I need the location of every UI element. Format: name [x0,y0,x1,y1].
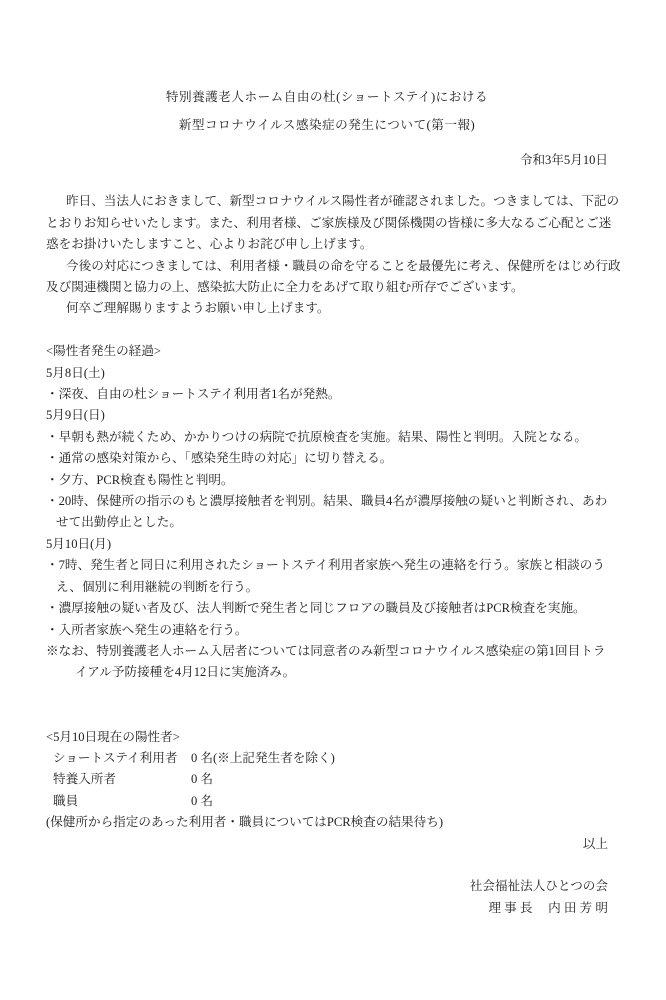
signature-organization: 社会福祉法人ひとつの会 [46,876,608,897]
document-title-line-1: 特別養護老人ホーム自由の杜(ショートステイ)における [46,83,608,111]
closing-mark: 以上 [46,834,608,855]
status-row: 職員 0 名 [46,791,608,812]
timeline-section-heading: <陽性者発生の経過> [46,341,608,362]
timeline-entry-continuation: せて出勤停止とした。 [46,512,608,533]
status-row: 特養入所者 0 名 [46,769,608,790]
status-row-label: ショートステイ利用者 [46,748,191,769]
document-date: 令和3年5月10日 [46,150,608,171]
timeline-entry: ・濃厚接触の疑い者及び、法人判断で発生者と同じフロアの職員及び接触者はPCR検査… [46,598,608,619]
timeline-entry: ・夕方、PCR検査も陽性と判明。 [46,470,608,491]
intro-line: 昨日、当法人におきまして、新型コロナウイルス陽性者が確認されました。つきましては… [46,191,608,212]
timeline-note: ※なお、特別養護老人ホーム入居者については同意者のみ新型コロナウイルス感染症の第… [46,641,608,662]
document-title-line-2: 新型コロナウイルス感染症の発生について(第一報) [46,111,608,139]
timeline-entry: ・早朝も熱が続くため、かかりつけの病院で抗原検査を実施。結果、陽性と判明。入院と… [46,427,608,448]
timeline-date-line: 5月8日(土) [46,363,608,384]
timeline-date-line: 5月10日(月) [46,534,608,555]
timeline-entry: ・20時、保健所の指示のもと濃厚接触者を判別。結果、職員4名が濃厚接触の疑いと判… [46,491,608,512]
document-page: 特別養護老人ホーム自由の杜(ショートステイ)における 新型コロナウイルス感染症の… [0,0,666,1000]
timeline-entry: ・入所者家族へ発生の連絡を行う。 [46,620,608,641]
timeline-entry-continuation: え、個別に利用継続の判断を行う。 [46,577,608,598]
signature-name: 理 事 長 内 田 芳 明 [46,898,608,919]
status-row-label: 特養入所者 [46,769,191,790]
status-row-value: 0 名(※上記発生者を除く) [191,748,335,769]
intro-line: 惑をお掛けいたしますこと、心よりお詫び申し上げます。 [46,234,608,255]
timeline-entry: ・通常の感染対策から、「感染発生時の対応」に切り替える。 [46,448,608,469]
document-body: 昨日、当法人におきまして、新型コロナウイルス陽性者が確認されました。つきましては… [46,191,608,919]
intro-line: 何卒ご理解賜りますようお願い申し上げます。 [46,298,608,319]
status-note: (保健所から指定のあった利用者・職員についてはPCR検査の結果待ち) [46,812,608,833]
intro-line: 今後の対応につきましては、利用者様・職員の命を守ることを最優先に考え、保健所をは… [46,256,608,277]
timeline-entry: ・深夜、自由の杜ショートステイ利用者1名が発熱。 [46,384,608,405]
timeline-note-continuation: イアル予防接種を4月12日に実施済み。 [46,662,608,683]
status-row-label: 職員 [46,791,191,812]
status-row-value: 0 名 [191,769,213,790]
status-row: ショートステイ利用者 0 名(※上記発生者を除く) [46,748,608,769]
timeline-entry: ・7時、発生者と同日に利用されたショートステイ利用者家族へ発生の連絡を行う。家族… [46,555,608,576]
intro-line: とおりお知らせいたします。また、利用者様、ご家族様及び関係機関の皆様に多大なるご… [46,213,608,234]
status-section-heading: <5月10日現在の陽性者> [46,727,608,748]
status-row-value: 0 名 [191,791,213,812]
timeline-date-line: 5月9日(日) [46,405,608,426]
intro-line: 及び関連機関と協力の上、感染拡大防止に全力をあげて取り組む所存でございます。 [46,277,608,298]
